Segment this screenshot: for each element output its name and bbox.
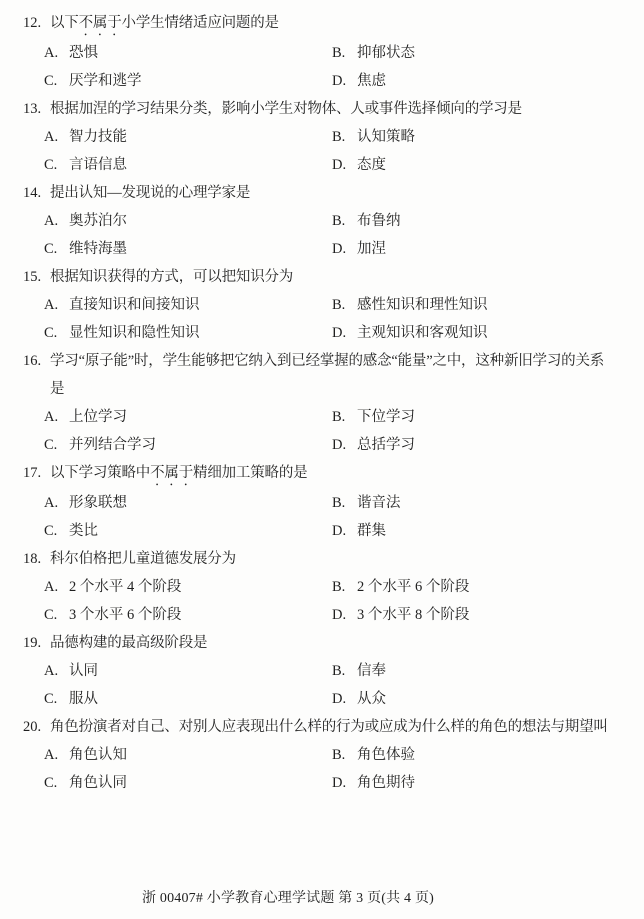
option-a-q19: A.认同	[44, 657, 332, 685]
option-label: C.	[44, 685, 69, 713]
option-d-q14: D.加涅	[332, 235, 620, 263]
option-c-q12: C.厌学和逃学	[44, 67, 332, 95]
option-text: 信奉	[357, 657, 386, 685]
option-row: C.言语信息D.态度	[44, 151, 644, 179]
option-text: 总括学习	[357, 431, 415, 459]
question-stem-row: 14.提出认知—发现说的心理学家是	[0, 179, 644, 207]
question-number: 18.	[23, 545, 50, 573]
question-text: 学习“原子能”时，学生能够把它纳入到已经掌握的感念“能量”之中，这种新旧学习的关…	[50, 347, 644, 375]
option-text: 抑郁状态	[357, 39, 415, 67]
option-text: 3 个水平 8 个阶段	[357, 601, 469, 629]
option-text: 布鲁纳	[357, 207, 401, 235]
page-footer: 浙 00407# 小学教育心理学试题 第 3 页(共 4 页)	[0, 890, 610, 908]
option-a-q13: A.智力技能	[44, 123, 332, 151]
option-text: 2 个水平 4 个阶段	[69, 573, 181, 601]
option-text: 焦虑	[357, 67, 386, 95]
question-14: 14.提出认知—发现说的心理学家是A.奥苏泊尔B.布鲁纳C.维特海墨D.加涅	[0, 179, 644, 263]
option-d-q13: D.态度	[332, 151, 620, 179]
option-c-q16: C.并列结合学习	[44, 431, 332, 459]
option-text: 认同	[69, 657, 98, 685]
option-row: A.认同B.信奉	[44, 657, 644, 685]
option-text: 角色体验	[357, 741, 415, 769]
option-b-q20: B.角色体验	[332, 741, 620, 769]
option-label: A.	[44, 403, 69, 431]
option-row: C.并列结合学习D.总括学习	[44, 431, 644, 459]
option-row: A.智力技能B.认知策略	[44, 123, 644, 151]
footer-text: 浙 00407# 小学教育心理学试题 第 3 页(共 4 页)	[142, 891, 434, 906]
option-b-q16: B.下位学习	[332, 403, 620, 431]
question-text: 根据知识获得的方式，可以把知识分为	[50, 263, 644, 291]
option-label: C.	[44, 601, 69, 629]
option-c-q20: C.角色认同	[44, 769, 332, 797]
question-list: 12.以下不属于小学生情绪适应问题的是A.恐惧B.抑郁状态C.厌学和逃学D.焦虑…	[0, 0, 644, 797]
option-text: 谐音法	[357, 489, 401, 517]
option-label: A.	[44, 207, 69, 235]
question-stem-row: 20.角色扮演者对自己、对别人应表现出什么样的行为或应成为什么样的角色的想法与期…	[0, 713, 644, 741]
option-label: B.	[332, 741, 357, 769]
question-number-spacer	[23, 375, 50, 403]
option-label: D.	[332, 517, 357, 545]
option-label: A.	[44, 657, 69, 685]
option-label: C.	[44, 67, 69, 95]
option-text: 厌学和逃学	[69, 67, 142, 95]
option-row: A.直接知识和间接知识B.感性知识和理性知识	[44, 291, 644, 319]
option-text: 恐惧	[69, 39, 98, 67]
option-b-q19: B.信奉	[332, 657, 620, 685]
option-a-q12: A.恐惧	[44, 39, 332, 67]
option-text: 从众	[357, 685, 386, 713]
option-c-q14: C.维特海墨	[44, 235, 332, 263]
question-stem-row: 19.品德构建的最高级阶段是	[0, 629, 644, 657]
option-row: A.恐惧B.抑郁状态	[44, 39, 644, 67]
option-label: A.	[44, 489, 69, 517]
option-d-q12: D.焦虑	[332, 67, 620, 95]
question-stem-row: 17.以下学习策略中不属于精细加工策略的是	[0, 459, 644, 489]
option-label: D.	[332, 431, 357, 459]
option-a-q17: A.形象联想	[44, 489, 332, 517]
option-text: 奥苏泊尔	[69, 207, 127, 235]
question-15: 15.根据知识获得的方式，可以把知识分为A.直接知识和间接知识B.感性知识和理性…	[0, 263, 644, 347]
option-label: A.	[44, 39, 69, 67]
option-label: B.	[332, 657, 357, 685]
question-stem-row: 12.以下不属于小学生情绪适应问题的是	[0, 9, 644, 39]
option-label: B.	[332, 573, 357, 601]
option-text: 角色认同	[69, 769, 127, 797]
option-label: D.	[332, 67, 357, 95]
option-label: D.	[332, 601, 357, 629]
question-17: 17.以下学习策略中不属于精细加工策略的是A.形象联想B.谐音法C.类比D.群集	[0, 459, 644, 545]
option-label: B.	[332, 489, 357, 517]
option-label: C.	[44, 517, 69, 545]
question-stem-row: 13.根据加涅的学习结果分类，影响小学生对物体、人或事件选择倾向的学习是	[0, 95, 644, 123]
option-d-q15: D.主观知识和客观知识	[332, 319, 620, 347]
option-text: 服从	[69, 685, 98, 713]
option-text: 角色认知	[69, 741, 127, 769]
option-c-q18: C.3 个水平 6 个阶段	[44, 601, 332, 629]
option-a-q16: A.上位学习	[44, 403, 332, 431]
question-number: 19.	[23, 629, 50, 657]
option-a-q18: A.2 个水平 4 个阶段	[44, 573, 332, 601]
question-text: 提出认知—发现说的心理学家是	[50, 179, 644, 207]
option-text: 加涅	[357, 235, 386, 263]
question-number: 13.	[23, 95, 50, 123]
option-d-q17: D.群集	[332, 517, 620, 545]
option-text: 角色期待	[357, 769, 415, 797]
option-label: C.	[44, 151, 69, 179]
option-label: A.	[44, 573, 69, 601]
option-text: 2 个水平 6 个阶段	[357, 573, 469, 601]
option-text: 智力技能	[69, 123, 127, 151]
question-text: 是	[50, 375, 644, 403]
option-label: B.	[332, 291, 357, 319]
option-text: 类比	[69, 517, 98, 545]
option-text: 感性知识和理性知识	[357, 291, 488, 319]
option-row: C.厌学和逃学D.焦虑	[44, 67, 644, 95]
option-text: 态度	[357, 151, 386, 179]
option-c-q19: C.服从	[44, 685, 332, 713]
question-stem-row: 18.科尔伯格把儿童道德发展分为	[0, 545, 644, 573]
option-text: 形象联想	[69, 489, 127, 517]
option-d-q19: D.从众	[332, 685, 620, 713]
option-label: A.	[44, 291, 69, 319]
option-label: B.	[332, 39, 357, 67]
option-label: B.	[332, 123, 357, 151]
option-b-q12: B.抑郁状态	[332, 39, 620, 67]
question-19: 19.品德构建的最高级阶段是A.认同B.信奉C.服从D.从众	[0, 629, 644, 713]
question-12: 12.以下不属于小学生情绪适应问题的是A.恐惧B.抑郁状态C.厌学和逃学D.焦虑	[0, 9, 644, 95]
option-label: D.	[332, 235, 357, 263]
option-row: C.显性知识和隐性知识D.主观知识和客观知识	[44, 319, 644, 347]
question-13: 13.根据加涅的学习结果分类，影响小学生对物体、人或事件选择倾向的学习是A.智力…	[0, 95, 644, 179]
question-text: 根据加涅的学习结果分类，影响小学生对物体、人或事件选择倾向的学习是	[50, 95, 644, 123]
option-a-q15: A.直接知识和间接知识	[44, 291, 332, 319]
option-row: A.角色认知B.角色体验	[44, 741, 644, 769]
option-text: 认知策略	[357, 123, 415, 151]
option-b-q15: B.感性知识和理性知识	[332, 291, 620, 319]
question-20: 20.角色扮演者对自己、对别人应表现出什么样的行为或应成为什么样的角色的想法与期…	[0, 713, 644, 797]
option-text: 主观知识和客观知识	[357, 319, 488, 347]
question-number: 17.	[23, 459, 50, 489]
exam-page: 12.以下不属于小学生情绪适应问题的是A.恐惧B.抑郁状态C.厌学和逃学D.焦虑…	[0, 0, 644, 919]
question-text: 角色扮演者对自己、对别人应表现出什么样的行为或应成为什么样的角色的想法与期望叫	[50, 713, 644, 741]
option-c-q17: C.类比	[44, 517, 332, 545]
question-text: 以下学习策略中不属于精细加工策略的是	[50, 459, 644, 489]
question-text: 品德构建的最高级阶段是	[50, 629, 644, 657]
option-label: D.	[332, 769, 357, 797]
option-d-q20: D.角色期待	[332, 769, 620, 797]
question-number: 16.	[23, 347, 50, 375]
option-text: 群集	[357, 517, 386, 545]
question-number: 20.	[23, 713, 50, 741]
option-a-q20: A.角色认知	[44, 741, 332, 769]
question-number: 12.	[23, 9, 50, 39]
option-row: C.服从D.从众	[44, 685, 644, 713]
option-label: B.	[332, 207, 357, 235]
option-row: C.维特海墨D.加涅	[44, 235, 644, 263]
option-text: 直接知识和间接知识	[69, 291, 200, 319]
question-stem-row: 16.学习“原子能”时，学生能够把它纳入到已经掌握的感念“能量”之中，这种新旧学…	[0, 347, 644, 375]
option-text: 言语信息	[69, 151, 127, 179]
option-text: 上位学习	[69, 403, 127, 431]
question-text: 科尔伯格把儿童道德发展分为	[50, 545, 644, 573]
option-b-q18: B.2 个水平 6 个阶段	[332, 573, 620, 601]
option-c-q13: C.言语信息	[44, 151, 332, 179]
option-label: C.	[44, 431, 69, 459]
option-label: D.	[332, 685, 357, 713]
option-label: B.	[332, 403, 357, 431]
option-text: 维特海墨	[69, 235, 127, 263]
question-number: 15.	[23, 263, 50, 291]
question-stem-row: 是	[0, 375, 644, 403]
option-label: D.	[332, 319, 357, 347]
option-label: C.	[44, 319, 69, 347]
option-d-q18: D.3 个水平 8 个阶段	[332, 601, 620, 629]
option-row: A.2 个水平 4 个阶段B.2 个水平 6 个阶段	[44, 573, 644, 601]
question-text: 以下不属于小学生情绪适应问题的是	[50, 9, 644, 39]
question-16: 16.学习“原子能”时，学生能够把它纳入到已经掌握的感念“能量”之中，这种新旧学…	[0, 347, 644, 459]
option-c-q15: C.显性知识和隐性知识	[44, 319, 332, 347]
option-b-q14: B.布鲁纳	[332, 207, 620, 235]
option-b-q13: B.认知策略	[332, 123, 620, 151]
question-stem-row: 15.根据知识获得的方式，可以把知识分为	[0, 263, 644, 291]
option-text: 显性知识和隐性知识	[69, 319, 200, 347]
option-label: A.	[44, 741, 69, 769]
option-text: 并列结合学习	[69, 431, 156, 459]
option-text: 3 个水平 6 个阶段	[69, 601, 181, 629]
option-text: 下位学习	[357, 403, 415, 431]
option-row: A.上位学习B.下位学习	[44, 403, 644, 431]
question-18: 18.科尔伯格把儿童道德发展分为A.2 个水平 4 个阶段B.2 个水平 6 个…	[0, 545, 644, 629]
option-label: C.	[44, 769, 69, 797]
option-row: C.3 个水平 6 个阶段D.3 个水平 8 个阶段	[44, 601, 644, 629]
emphasized-text: 不属于	[79, 15, 122, 31]
option-label: D.	[332, 151, 357, 179]
option-row: A.形象联想B.谐音法	[44, 489, 644, 517]
option-b-q17: B.谐音法	[332, 489, 620, 517]
option-row: A.奥苏泊尔B.布鲁纳	[44, 207, 644, 235]
option-label: C.	[44, 235, 69, 263]
emphasized-text: 不属于	[150, 465, 193, 481]
question-number: 14.	[23, 179, 50, 207]
option-label: A.	[44, 123, 69, 151]
option-row: C.类比D.群集	[44, 517, 644, 545]
option-d-q16: D.总括学习	[332, 431, 620, 459]
option-a-q14: A.奥苏泊尔	[44, 207, 332, 235]
option-row: C.角色认同D.角色期待	[44, 769, 644, 797]
